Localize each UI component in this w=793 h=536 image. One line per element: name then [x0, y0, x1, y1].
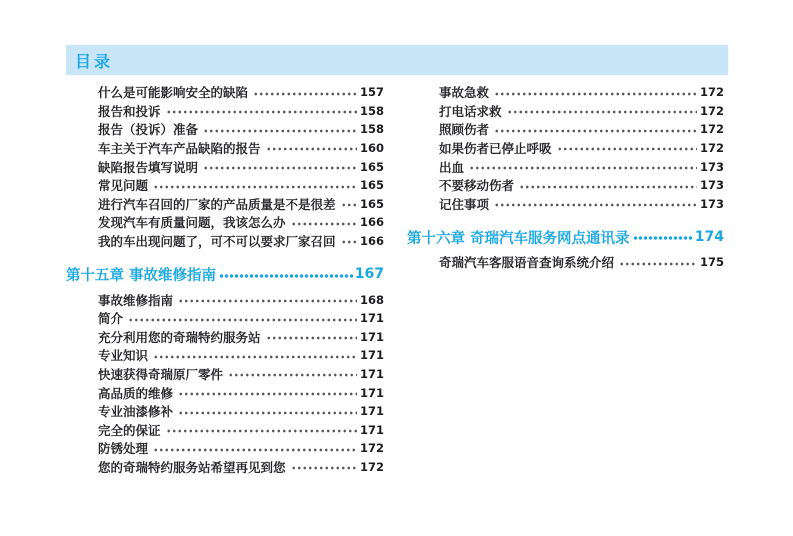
toc-entry: 事故急救172 [407, 83, 724, 102]
toc-entry: 事故维修指南168 [66, 290, 384, 309]
toc-entry: 进行汽车召回的厂家的产品质量是不是很差165 [66, 195, 384, 214]
toc-entry-label: 充分利用您的奇瑞特约服务站 [98, 328, 261, 346]
dot-leader [493, 120, 697, 139]
dot-leader [468, 157, 697, 176]
dot-leader [219, 261, 354, 287]
toc-entry-page-number: 158 [360, 104, 384, 118]
toc-entry-label: 缺陷报告填写说明 [98, 158, 198, 176]
toc-entry: 充分利用您的奇瑞特约服务站171 [66, 328, 384, 347]
toc-entry-label: 简介 [98, 309, 123, 327]
toc-entry: 报告（投诉）准备158 [66, 120, 384, 139]
toc-entry-page-number: 173 [700, 160, 724, 174]
toc-entry: 奇瑞汽车客服语音查询系统介绍175 [407, 253, 724, 272]
toc-entry-page-number: 172 [360, 460, 384, 474]
toc-entry-label: 您的奇瑞特约服务站希望再见到您 [98, 458, 286, 476]
toc-entry: 您的奇瑞特约服务站希望再见到您172 [66, 458, 384, 477]
dot-leader [177, 290, 357, 309]
dot-leader [165, 421, 357, 440]
toc-entry-page-number: 173 [700, 197, 724, 211]
toc-entry-label: 完全的保证 [98, 421, 161, 439]
dot-leader [177, 402, 357, 421]
toc-entry: 高品质的维修171 [66, 383, 384, 402]
toc-right-column: 事故急救172打电话求救172照顾伤者172如果伤者已停止呼吸172出血173不… [407, 83, 724, 272]
toc-entry-page-number: 173 [700, 178, 724, 192]
toc-entry-label: 不要移动伤者 [439, 176, 514, 194]
toc-entry: 出血173 [407, 157, 724, 176]
dot-leader [340, 232, 357, 251]
toc-entry-label: 高品质的维修 [98, 384, 173, 402]
toc-entry-label: 事故维修指南 [98, 291, 173, 309]
toc-left-column: 什么是可能影响安全的缺陷157报告和投诉158报告（投诉）准备158车主关于汽车… [66, 83, 384, 476]
toc-entry: 不要移动伤者173 [407, 176, 724, 195]
toc-entry: 专业油漆修补171 [66, 402, 384, 421]
chapter-page-number: 174 [695, 229, 724, 245]
toc-entry: 发现汽车有质量问题，我该怎么办166 [66, 213, 384, 232]
toc-entry-page-number: 166 [360, 234, 384, 248]
dot-leader [227, 365, 357, 384]
toc-entry-label: 专业油漆修补 [98, 402, 173, 420]
toc-entry-label: 打电话求救 [439, 102, 502, 120]
toc-entry-page-number: 165 [360, 160, 384, 174]
toc-entry-label: 防锈处理 [98, 439, 148, 457]
page-title: 目录 [75, 49, 113, 72]
toc-entry-label: 快速获得奇瑞原厂零件 [98, 365, 223, 383]
toc-entry: 缺陷报告填写说明165 [66, 157, 384, 176]
dot-leader [202, 157, 357, 176]
toc-entry: 简介171 [66, 309, 384, 328]
dot-leader [152, 439, 357, 458]
toc-entry-label: 我的车出现问题了，可不可以要求厂家召回 [98, 232, 336, 250]
toc-entry-page-number: 171 [360, 348, 384, 362]
toc-entry-label: 如果伤者已停止呼吸 [439, 139, 552, 157]
toc-entry-label: 进行汽车召回的厂家的产品质量是不是很差 [98, 195, 336, 213]
dot-leader [556, 139, 697, 158]
toc-entry-page-number: 171 [360, 311, 384, 325]
toc-entry-label: 事故急救 [439, 83, 489, 101]
toc-entry-label: 什么是可能影响安全的缺陷 [98, 83, 248, 101]
toc-entry-label: 记住事项 [439, 195, 489, 213]
dot-leader [493, 83, 697, 102]
toc-entry: 报告和投诉158 [66, 102, 384, 121]
chapter-page-number: 167 [355, 266, 384, 282]
toc-entry: 我的车出现问题了，可不可以要求厂家召回166 [66, 232, 384, 251]
toc-entry-page-number: 165 [360, 197, 384, 211]
toc-entry: 打电话求救172 [407, 102, 724, 121]
toc-entry-page-number: 175 [700, 255, 724, 269]
dot-leader [265, 328, 357, 347]
dot-leader [165, 102, 357, 121]
toc-entry-page-number: 172 [700, 141, 724, 155]
dot-leader [506, 102, 697, 121]
toc-entry-page-number: 168 [360, 293, 384, 307]
toc-entry-page-number: 166 [360, 215, 384, 229]
toc-entry-label: 专业知识 [98, 346, 148, 364]
toc-entry: 照顾伤者172 [407, 120, 724, 139]
dot-leader [152, 176, 357, 195]
chapter-title: 第十六章 奇瑞汽车服务网点通讯录 [407, 227, 630, 248]
dot-leader [127, 309, 357, 328]
toc-entry: 车主关于汽车产品缺陷的报告160 [66, 139, 384, 158]
chapter-title: 第十五章 事故维修指南 [66, 264, 216, 285]
toc-entry-label: 照顾伤者 [439, 120, 489, 138]
toc-entry-label: 车主关于汽车产品缺陷的报告 [98, 139, 261, 157]
toc-entry-page-number: 172 [360, 441, 384, 455]
toc-entry-page-number: 165 [360, 178, 384, 192]
toc-entry-page-number: 172 [700, 104, 724, 118]
dot-leader [493, 195, 697, 214]
dot-leader [252, 83, 357, 102]
toc-entry-label: 报告（投诉）准备 [98, 120, 198, 138]
toc-entry-page-number: 172 [700, 122, 724, 136]
toc-entry: 什么是可能影响安全的缺陷157 [66, 83, 384, 102]
dot-leader [265, 139, 357, 158]
toc-entry-page-number: 158 [360, 122, 384, 136]
dot-leader [152, 346, 357, 365]
toc-entry-label: 常见问题 [98, 176, 148, 194]
dot-leader [633, 224, 694, 250]
dot-leader [340, 195, 357, 214]
toc-entry-page-number: 172 [700, 85, 724, 99]
toc-entry: 完全的保证171 [66, 421, 384, 440]
dot-leader [518, 176, 697, 195]
dot-leader [618, 253, 697, 272]
toc-entry-page-number: 171 [360, 423, 384, 437]
toc-entry-label: 发现汽车有质量问题，我该怎么办 [98, 213, 286, 231]
dot-leader [290, 458, 357, 477]
toc-entry: 快速获得奇瑞原厂零件171 [66, 365, 384, 384]
dot-leader [177, 383, 357, 402]
toc-entry-page-number: 160 [360, 141, 384, 155]
chapter-heading: 第十六章 奇瑞汽车服务网点通讯录174 [407, 224, 724, 250]
toc-header-bar: 目录 [66, 45, 728, 75]
toc-entry: 防锈处理172 [66, 439, 384, 458]
toc-entry: 如果伤者已停止呼吸172 [407, 139, 724, 158]
toc-entry-page-number: 157 [360, 85, 384, 99]
toc-entry-label: 奇瑞汽车客服语音查询系统介绍 [439, 253, 614, 271]
toc-entry-label: 报告和投诉 [98, 102, 161, 120]
toc-entry-page-number: 171 [360, 404, 384, 418]
toc-entry-page-number: 171 [360, 386, 384, 400]
toc-entry-page-number: 171 [360, 367, 384, 381]
toc-entry: 记住事项173 [407, 195, 724, 214]
dot-leader [290, 213, 357, 232]
chapter-heading: 第十五章 事故维修指南167 [66, 261, 384, 287]
toc-page: 目录 什么是可能影响安全的缺陷157报告和投诉158报告（投诉）准备158车主关… [0, 0, 793, 536]
toc-entry: 专业知识171 [66, 346, 384, 365]
toc-entry: 常见问题165 [66, 176, 384, 195]
dot-leader [202, 120, 357, 139]
toc-entry-label: 出血 [439, 158, 464, 176]
toc-entry-page-number: 171 [360, 330, 384, 344]
